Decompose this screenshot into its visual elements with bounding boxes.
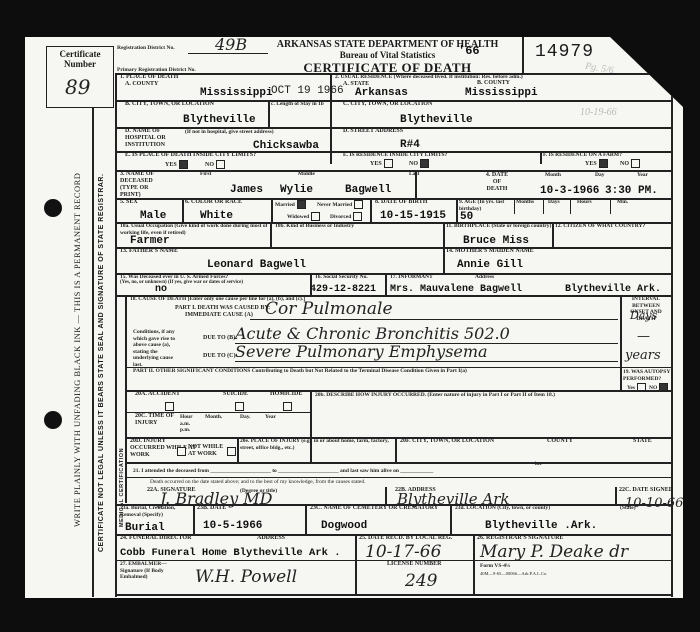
married-option[interactable]: Married — [275, 200, 306, 209]
cemetery-label: 23c. NAME OF CEMETERY OR CREMATORY — [310, 505, 438, 512]
social-security-number: 429-12-8221 — [310, 284, 376, 295]
mother-label: 14. MOTHER'S MAIDEN NAME — [446, 248, 534, 255]
accident-option[interactable]: 20a. ACCIDENT — [135, 391, 180, 398]
months-label: Months — [516, 199, 534, 206]
year-label: Year — [637, 172, 648, 179]
injury-city-label: 20f. CITY, TOWN, OR LOCATION — [400, 438, 494, 445]
date-signed-label: 22c. DATE SIGNED — [619, 487, 673, 494]
not-at-work-label: NOT WHILE AT WORK — [188, 444, 228, 458]
mother-maiden-name: Annie Gill — [457, 259, 523, 271]
res-inside-city-label: e. IS RESIDENCE INSIDE CITY LIMITS? — [343, 152, 447, 159]
informant-address-label: Address — [475, 274, 494, 281]
suicide-option[interactable]: SUICIDE — [223, 391, 248, 398]
registration-district: 49B — [215, 35, 247, 54]
due-to-c-label: DUE TO (c) — [203, 353, 235, 360]
checkbox-checked[interactable] — [420, 159, 429, 168]
not-at-work-checkbox[interactable] — [227, 447, 236, 456]
registrar-signature-label: 26. REGISTRAR'S SIGNATURE — [477, 535, 563, 542]
license-number-label: LICENSE NUMBER — [387, 561, 442, 568]
first-label: First — [200, 171, 211, 178]
cemetery-name: Dogwood — [321, 520, 367, 532]
length-of-stay-label: c. Length of Stay in 1b — [271, 101, 324, 108]
deceased-middle-name: Wylie — [280, 184, 313, 196]
deceased-name-label: 3. NAME OF DECEASED (Type or print) — [120, 171, 170, 199]
burial-label: 23a. Burial, Cremation, Removal (Specify… — [120, 505, 190, 518]
interval-c: years — [625, 348, 661, 363]
license-number: 249 — [405, 571, 437, 591]
date-of-death-label: 4. DATE OF DEATH — [485, 172, 509, 193]
res-farm-yes[interactable]: YES — [585, 159, 608, 168]
checkbox[interactable] — [216, 160, 225, 169]
father-name: Leonard Bagwell — [207, 259, 306, 271]
accident-checkbox[interactable] — [165, 402, 174, 411]
describe-injury-label: 20b. DESCRIBE HOW INJURY OCCURRED. (Ente… — [315, 392, 555, 399]
informant-address: Blytheville Ark. — [565, 284, 661, 295]
suicide-checkbox[interactable] — [235, 402, 244, 411]
checkbox-checked[interactable] — [179, 160, 188, 169]
res-street: R#4 — [400, 139, 420, 151]
occupation: Farmer — [130, 235, 170, 247]
registration-district-label: Registration District No. — [117, 45, 175, 52]
punch-hole-top — [44, 199, 62, 217]
res-county-label: b. COUNTY — [477, 80, 510, 87]
certificate-paper: Certificate Number 89 WRITE PLAINLY WITH… — [25, 37, 683, 598]
sex-label: 5. SEX — [120, 199, 138, 206]
due-to-b: Acute & Chronic Bronchitis 502.0 — [235, 324, 510, 343]
checkbox[interactable] — [353, 212, 362, 221]
hour-label: Hour a.m. p.m. — [180, 414, 200, 434]
never-married-option[interactable]: Never Married — [317, 200, 363, 209]
death-city: Blytheville — [183, 114, 256, 126]
form-id: Form VS-4¼ — [480, 563, 510, 570]
sex: Male — [140, 210, 166, 222]
immediate-cause: Cor Pulmonale — [265, 299, 393, 319]
funeral-director-label: 24. FUNERAL DIRECTOR — [120, 535, 191, 542]
res-state: Arkansas — [355, 87, 408, 99]
year-mark: '66 — [458, 44, 480, 58]
checkbox[interactable] — [384, 159, 393, 168]
time-of-death: 3:30 PM. — [605, 185, 658, 197]
hours-label: Hours — [577, 199, 592, 206]
legal-notice-margin-text: CERTIFICATE NOT LEGAL UNLESS IT BEARS ST… — [98, 174, 105, 552]
cemetery-location: Blytheville .Ark. — [485, 520, 597, 532]
date-received-label: 25. DATE RECD. by LOCAL REG. — [359, 535, 452, 542]
checkbox[interactable] — [354, 200, 363, 209]
birthplace-label: 11. BIRTHPLACE (State or foreign country… — [446, 223, 551, 230]
widowed-option[interactable]: Widowed — [287, 212, 320, 221]
armed-forces: no — [155, 284, 167, 295]
her-label: her — [535, 462, 542, 469]
birthplace: Bruce Miss — [463, 235, 529, 247]
disposition-method: Burial — [125, 522, 165, 534]
death-inside-city-yes[interactable]: YES — [165, 160, 188, 169]
death-county: Mississippi — [200, 87, 273, 99]
homicide-checkbox[interactable] — [283, 402, 292, 411]
permanent-record-margin-text: WRITE PLAINLY WITH UNFADING BLACK INK — … — [72, 173, 82, 527]
month-label: Month — [545, 172, 561, 179]
punch-hole-bottom — [44, 411, 62, 429]
county-label: a. COUNTY — [125, 81, 158, 88]
month-label: Month. — [205, 414, 222, 421]
disposition-date-label: 23b. DATE — [197, 505, 226, 512]
middle-label: Middle — [298, 171, 315, 178]
time-of-injury-label: 20c. TIME OF INJURY — [135, 413, 175, 427]
embalmer-signature: W.H. Powell — [195, 567, 297, 587]
state-file-number: 14979 — [535, 42, 594, 62]
date-of-birth: 10-15-1915 — [380, 210, 446, 222]
city-label: b. CITY, TOWN, OR LOCATION — [125, 101, 214, 108]
received-stamp-date: OCT 19 1966 — [271, 85, 344, 97]
embalmer-label: 27. EMBALMER—Signature (If Body Embalmed… — [120, 561, 180, 581]
checkbox[interactable] — [311, 212, 320, 221]
res-inside-city-yes[interactable]: YES — [370, 159, 393, 168]
cemetery-location-label: 23d. LOCATION (City, town, or county) — [455, 505, 550, 512]
ssn-label: 16. Social Security No. — [315, 274, 368, 281]
days-label: Days — [548, 199, 560, 206]
death-inside-city-no[interactable]: NO — [205, 160, 225, 169]
homicide-option[interactable]: HOMICIDE — [270, 391, 302, 398]
res-city-label: c. CITY, TOWN, OR LOCATION — [343, 101, 432, 108]
divorced-option[interactable]: Divorced — [330, 212, 362, 221]
date-received: 10-17-66 — [365, 542, 441, 562]
min-label: Min. — [617, 199, 628, 206]
injury-county-label: COUNTY — [547, 438, 573, 445]
checkbox-checked[interactable] — [599, 159, 608, 168]
res-farm-no[interactable]: NO — [620, 159, 640, 168]
deceased-last-name: Bagwell — [345, 184, 391, 196]
armed-forces-sublabel: (Yes, no, or unknown) (If yes, give war … — [120, 280, 243, 287]
certificate-number: 89 — [65, 75, 90, 99]
informant-name: Mrs. Mauvalene Bagwell — [390, 284, 522, 295]
business-label: 10b. Kind of Business or Industry — [275, 223, 354, 230]
interval-b: — — [637, 329, 650, 344]
checkbox[interactable] — [631, 159, 640, 168]
place-of-death-label: 1. PLACE OF DEATH — [120, 74, 178, 81]
immediate-cause-label: IMMEDIATE CAUSE (a) — [185, 312, 253, 319]
interval-a: Days — [630, 309, 657, 322]
autopsy-label: 19. WAS AUTOPSY PERFORMED? — [623, 369, 671, 382]
pencil-note-date: 10-19-66 — [580, 107, 617, 118]
inside-city-limits-label: e. IS PLACE OF DEATH INSIDE CITY LIMITS? — [125, 152, 256, 159]
res-county: Mississippi — [465, 87, 538, 99]
death-occurred-statement: Death occurred on the date stated above;… — [150, 479, 366, 486]
hospital-label: d. NAME OF HOSPITAL OR INSTITUTION — [125, 128, 185, 149]
state-label: (State) — [620, 505, 636, 512]
hospital-note: (If not in hospital, give street address… — [185, 129, 274, 136]
res-inside-city-no[interactable]: NO — [409, 159, 429, 168]
due-to-b-label: DUE TO (b) — [203, 335, 235, 342]
conditions-label: Conditions, if any which gave rise to ab… — [133, 329, 181, 368]
deceased-first-name: James — [230, 184, 263, 196]
street-label: d. STREET ADDRESS — [343, 128, 403, 135]
due-to-c: Severe Pulmonary Emphysema — [235, 342, 488, 361]
part1-label: PART I. DEATH WAS CAUSED BY: — [175, 305, 270, 312]
certificate-number-label: Certificate Number — [47, 49, 113, 69]
year-label: Year — [265, 414, 276, 421]
at-work-checkbox[interactable] — [177, 447, 186, 456]
injury-state-label: STATE — [633, 438, 652, 445]
dob-label: 8. DATE OF BIRTH — [375, 199, 427, 206]
registrar-signature: Mary P. Deake dr — [480, 542, 628, 562]
race: White — [200, 210, 233, 222]
printer-mark: 40M—9-65—00066—Ark.P.A.L.Co. — [480, 571, 547, 578]
part2-label: PART II. OTHER SIGNIFICANT CONDITIONS Co… — [133, 368, 553, 375]
funeral-director: Cobb Funeral Home Blytheville Ark . — [120, 547, 341, 559]
funeral-address-label: ADDRESS — [257, 535, 285, 542]
attended-statement: 21. I attended the deceased from _______… — [133, 468, 433, 475]
certificate-number-box: Certificate Number 89 — [46, 46, 114, 108]
place-of-injury-label: 20e. PLACE OF INJURY (e.g., in or about … — [240, 438, 392, 451]
res-city: Blytheville — [400, 114, 473, 126]
checkbox-checked[interactable] — [297, 200, 306, 209]
race-label: 6. COLOR OR RACE — [185, 199, 242, 206]
day-label: Day — [595, 172, 604, 179]
citizen-label: 12. CITIZEN OF WHAT COUNTRY? — [555, 223, 645, 230]
father-label: 13. FATHER'S NAME — [120, 248, 178, 255]
informant-label: 17. INFORMANT — [390, 274, 433, 281]
day-label: Day. — [240, 414, 251, 421]
farm-label: f. IS RESIDENCE ON A FARM? — [543, 152, 622, 159]
disposition-date: 10-5-1966 — [203, 520, 262, 532]
date-of-death: 10-3-1966 — [540, 185, 599, 197]
